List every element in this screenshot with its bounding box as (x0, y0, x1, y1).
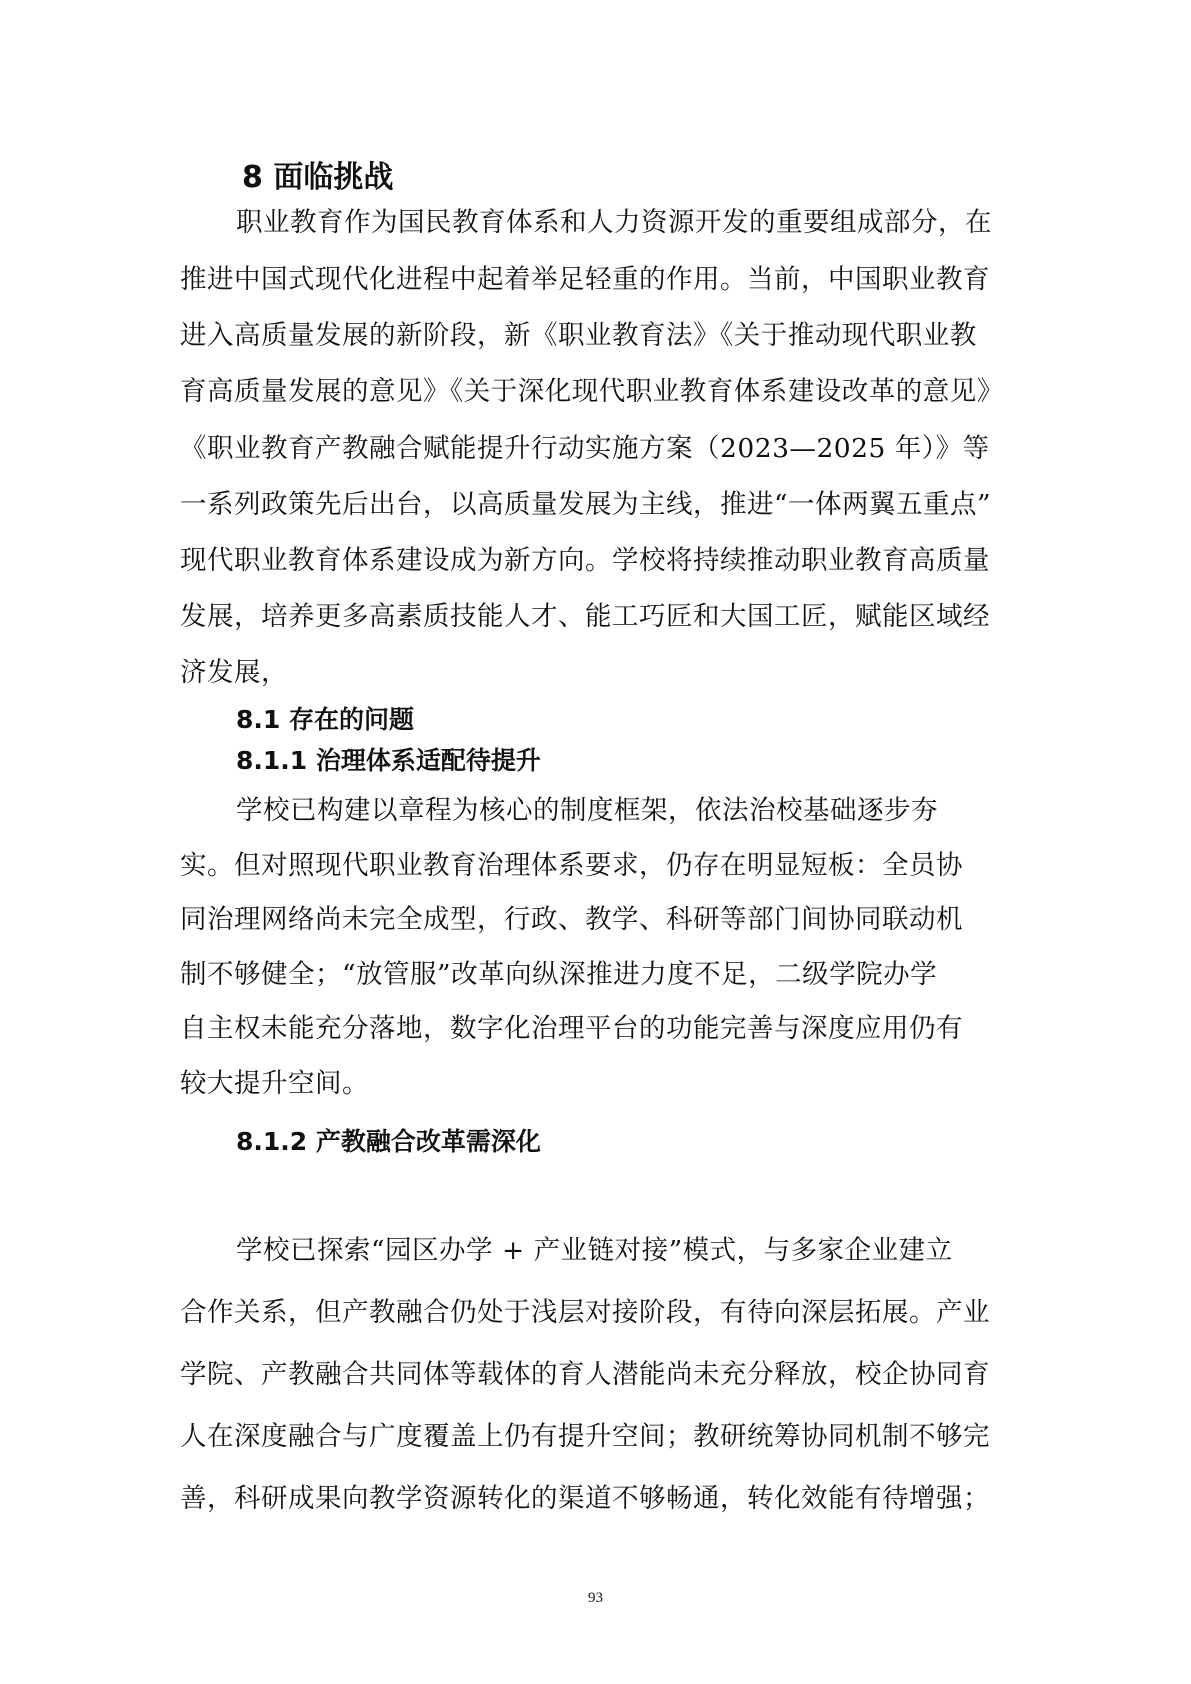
paragraph-line: 现代职业教育体系建设成为新方向。学校将持续推动职业教育高质量 (180, 543, 990, 579)
paragraph-line: 育高质量发展的意见》《关于深化现代职业教育体系建设改革的意见》 (180, 374, 1004, 410)
section-heading-8-1: 8.1 存在的问题 (236, 703, 414, 737)
paragraph-line: 学院、产教融合共同体等载体的育人潜能尚未充分释放，校企协同育 (180, 1357, 990, 1393)
chapter-heading: 8 面临挑战 (242, 158, 393, 198)
paragraph-line: 善，科研成果向教学资源转化的渠道不够畅通，转化效能有待增强； (180, 1481, 990, 1517)
paragraph-line: 同治理网络尚未完全成型，行政、教学、科研等部门间协同联动机 (180, 902, 963, 938)
paragraph-line: 《职业教育产教融合赋能提升行动实施方案（2023—2025 年）》等 (180, 431, 990, 467)
paragraph-line: 进入高质量发展的新阶段，新《职业教育法》《关于推动现代职业教 (180, 318, 977, 354)
section-heading-8-1-2: 8.1.2 产教融合改革需深化 (236, 1125, 541, 1159)
paragraph-line: 学校已构建以章程为核心的制度框架，依法治校基础逐步夯 (236, 793, 938, 829)
paragraph-line: 发展，培养更多高素质技能人才、能工巧匠和大国工匠，赋能区域经 (180, 599, 990, 635)
paragraph-line: 较大提升空间。 (180, 1066, 369, 1102)
paragraph-line: 一系列政策先后出台，以高质量发展为主线，推进“一体两翼五重点” (180, 487, 991, 523)
paragraph-line: 职业教育作为国民教育体系和人力资源开发的重要组成部分，在 (236, 205, 992, 241)
paragraph-line: 合作关系，但产教融合仍处于浅层对接阶段，有待向深层拓展。产业 (180, 1295, 990, 1331)
paragraph-line: 济发展， (180, 655, 288, 691)
paragraph-line: 制不够健全；“放管服”改革向纵深推进力度不足，二级学院办学 (180, 957, 937, 993)
paragraph-line: 学校已探索“园区办学 + 产业链对接”模式，与多家企业建立 (236, 1233, 953, 1269)
paragraph-line: 实。但对照现代职业教育治理体系要求，仍存在明显短板：全员协 (180, 848, 963, 884)
page-number: 93 (0, 1590, 1191, 1607)
document-page: 8 面临挑战 职业教育作为国民教育体系和人力资源开发的重要组成部分，在 推进中国… (0, 0, 1191, 1684)
paragraph-line: 人在深度融合与广度覆盖上仍有提升空间；教研统筹协同机制不够完 (180, 1419, 990, 1455)
paragraph-line: 自主权未能充分落地，数字化治理平台的功能完善与深度应用仍有 (180, 1011, 963, 1047)
paragraph-line: 推进中国式现代化进程中起着举足轻重的作用。当前，中国职业教育 (180, 262, 990, 298)
section-heading-8-1-1: 8.1.1 治理体系适配待提升 (236, 744, 541, 778)
